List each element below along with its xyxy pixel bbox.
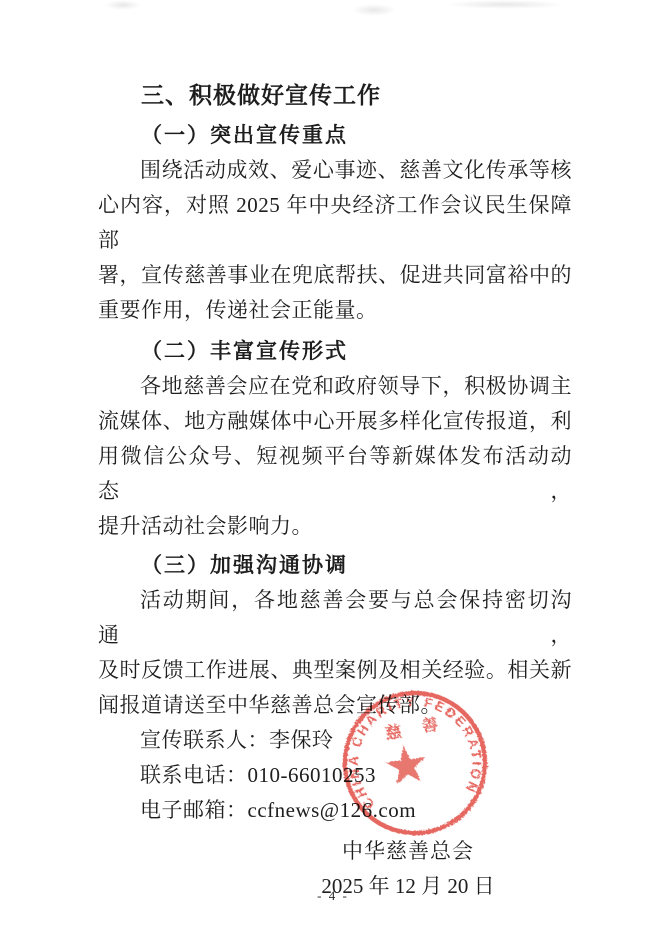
section-heading: 三、积极做好宣传工作 bbox=[98, 78, 572, 113]
paragraph-line: 及时反馈工作进展、典型案例及相关经验。相关新 bbox=[98, 653, 572, 688]
paragraph-line: 提升活动社会影响力。 bbox=[98, 509, 572, 544]
paragraph-line: 各地慈善会应在党和政府领导下，积极协调主 bbox=[98, 369, 572, 404]
contact-email: 电子邮箱：ccfnews@126.com bbox=[98, 793, 572, 828]
paragraph-2: 各地慈善会应在党和政府领导下，积极协调主 流媒体、地方融媒体中心开展多样化宣传报… bbox=[98, 369, 572, 544]
contact-block: 宣传联系人：李保玲 联系电话：010-66010253 电子邮箱：ccfnews… bbox=[98, 723, 572, 828]
document-body: 三、积极做好宣传工作 （一）突出宣传重点 围绕活动成效、爱心事迹、慈善文化传承等… bbox=[98, 78, 572, 904]
paragraph-1: 围绕活动成效、爱心事迹、慈善文化传承等核 心内容，对照 2025 年中央经济工作… bbox=[98, 153, 572, 328]
paragraph-line: 心内容，对照 2025 年中央经济工作会议民生保障部 bbox=[98, 188, 572, 258]
document-page: 三、积极做好宣传工作 （一）突出宣传重点 围绕活动成效、爱心事迹、慈善文化传承等… bbox=[0, 0, 666, 942]
paragraph-line: 围绕活动成效、爱心事迹、慈善文化传承等核 bbox=[98, 153, 572, 188]
subheading-1: （一）突出宣传重点 bbox=[98, 118, 572, 153]
scan-artifact bbox=[105, 0, 141, 10]
paragraph-line: 闻报道请送至中华慈善总会宣传部。 bbox=[98, 688, 572, 723]
paragraph-line: 活动期间，各地慈善会要与总会保持密切沟通， bbox=[98, 583, 572, 653]
contact-phone: 联系电话：010-66010253 bbox=[98, 758, 572, 793]
paragraph-line: 用微信公众号、短视频平台等新媒体发布活动动态， bbox=[98, 439, 572, 509]
subheading-3: （三）加强沟通协调 bbox=[98, 548, 572, 583]
signature-org: 中华慈善总会 bbox=[303, 834, 513, 869]
scan-artifact bbox=[445, 0, 565, 9]
paragraph-3: 活动期间，各地慈善会要与总会保持密切沟通， 及时反馈工作进展、典型案例及相关经验… bbox=[98, 583, 572, 723]
paragraph-line: 流媒体、地方融媒体中心开展多样化宣传报道，利 bbox=[98, 404, 572, 439]
page-number: - 4 - bbox=[0, 888, 666, 904]
paragraph-line: 署，宣传慈善事业在兜底帮扶、促进共同富裕中的 bbox=[98, 258, 572, 293]
subheading-2: （二）丰富宣传形式 bbox=[98, 334, 572, 369]
paragraph-line: 重要作用，传递社会正能量。 bbox=[98, 293, 572, 328]
scan-artifact bbox=[352, 4, 396, 16]
contact-person: 宣传联系人：李保玲 bbox=[98, 723, 572, 758]
